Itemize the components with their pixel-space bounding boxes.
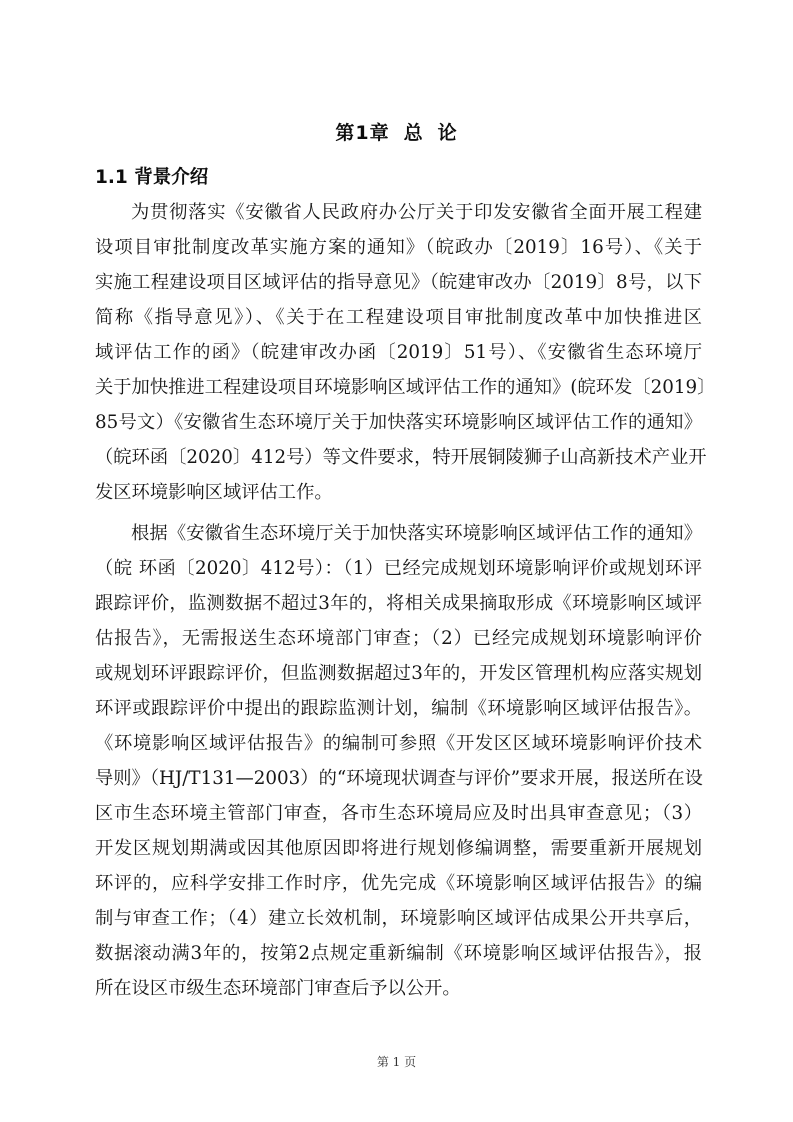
paragraph-2-line-1: 根据《安徽省生态环境厅关于加快落实环境影响区域评估工作的通知》 xyxy=(131,522,702,546)
paragraph-1-line-3: 实施工程建设项目区域评估的指导意见》（皖建审改办〔2019〕8号，以下 xyxy=(95,271,702,295)
paragraph-1-line-2: 设项目审批制度改革实施方案的通知》（皖政办〔2019〕16号）、《关于 xyxy=(95,236,702,260)
paragraph-2-line-9: 区市生态环境主管部门审查，各市生态环境局应及时出具审查意见；（3） xyxy=(95,802,702,826)
paragraph-1-line-6: 关于加快推进工程建设项目环境影响区域评估工作的通知》(皖环发〔2019〕 xyxy=(95,376,702,400)
paragraph-1-line-4: 简称《指导意见》）、《关于在工程建设项目审批制度改革中加快推进区 xyxy=(95,306,702,330)
paragraph-1-line-7: 85号文）《安徽省生态环境厅关于加快落实环境影响区域评估工作的通知》 xyxy=(95,411,702,435)
paragraph-2-line-6: 环评或跟踪评价中提出的跟踪监测计划，编制《环境影响区域评估报告》。 xyxy=(95,697,702,721)
paragraph-2-line-3: 跟踪评价，监测数据不超过3年的，将相关成果摘取形成《环境影响区域评 xyxy=(95,592,702,616)
section-heading: 1.1 背景介绍 xyxy=(95,163,208,189)
paragraph-2-line-10: 开发区规划期满或因其他原因即将进行规划修编调整，需要重新开展规划 xyxy=(95,837,702,861)
page-number-footer: 第 1 页 xyxy=(0,1053,793,1070)
paragraph-2-line-5: 或规划环评跟踪评价，但监测数据超过3年的，开发区管理机构应落实规划 xyxy=(95,662,702,686)
chapter-title-word-1: 总 xyxy=(404,122,424,144)
paragraph-2-line-4: 估报告》，无需报送生态环境部门审查；（2）已经完成规划环境影响评价 xyxy=(95,627,702,651)
paragraph-2-line-7: 《环境影响区域评估报告》的编制可参照《开发区区域环境影响评价技术 xyxy=(95,732,702,756)
paragraph-1-line-1: 为贯彻落实《安徽省人民政府办公厅关于印发安徽省全面开展工程建 xyxy=(131,201,702,225)
paragraph-2-line-11: 环评的，应科学安排工作时序，优先完成《环境影响区域评估报告》的编 xyxy=(95,872,702,896)
paragraph-1-line-9: 发区环境影响区域评估工作。 xyxy=(95,481,702,505)
paragraph-2-line-13: 数据滚动满3年的，按第2点规定重新编制《环境影响区域评估报告》，报 xyxy=(95,942,702,966)
paragraph-2-line-14: 所在设区市级生态环境部门审查后予以公开。 xyxy=(95,977,702,1001)
paragraph-1-line-8: （皖环函〔2020〕412号）等文件要求，特开展铜陵狮子山高新技术产业开 xyxy=(95,446,702,470)
paragraph-2-line-12: 制与审查工作；（4）建立长效机制，环境影响区域评估成果公开共享后， xyxy=(95,907,702,931)
chapter-title-word-2: 论 xyxy=(438,122,458,144)
chapter-number: 第1章 xyxy=(335,122,389,144)
chapter-title: 第1章总论 xyxy=(0,118,793,145)
paragraph-2-line-8: 导则》（HJ/T131—2003）的“环境现状调查与评价”要求开展，报送所在设 xyxy=(95,767,702,791)
document-page: 第1章总论 1.1 背景介绍 为贯彻落实《安徽省人民政府办公厅关于印发安徽省全面… xyxy=(0,0,793,1122)
paragraph-1-line-5: 域评估工作的函》（皖建审改办函〔2019〕51号）、《安徽省生态环境厅 xyxy=(95,341,702,365)
paragraph-2-line-2: （皖 环函〔2020〕412号）：（1）已经完成规划环境影响评价或规划环评 xyxy=(95,557,702,581)
